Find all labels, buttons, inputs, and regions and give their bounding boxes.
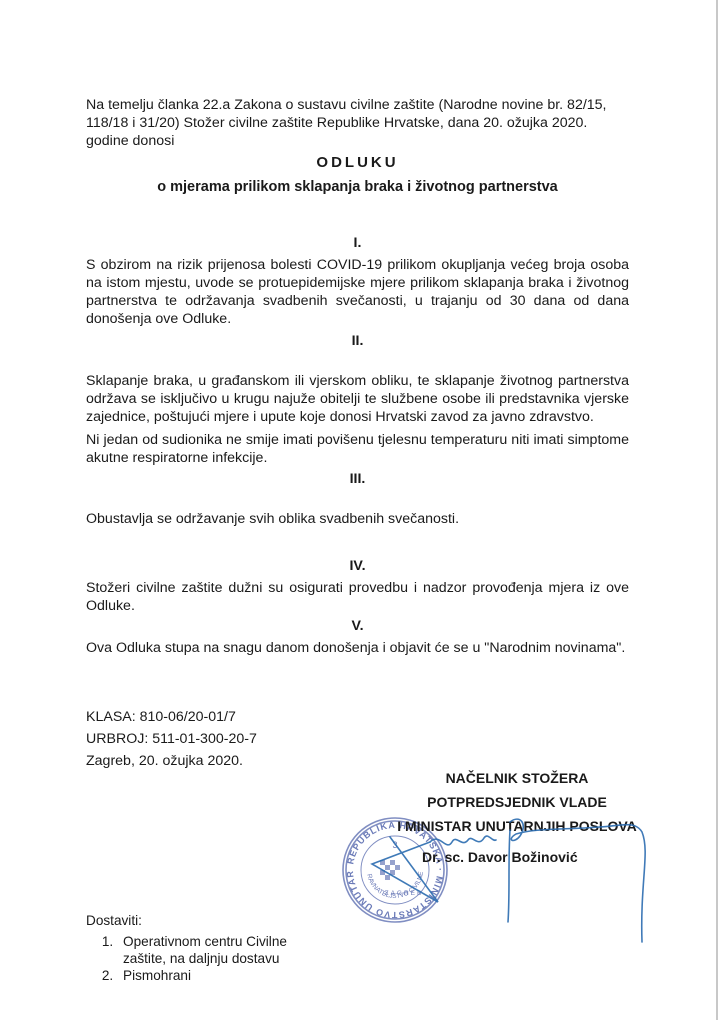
section-paragraph: Ova Odluka stupa na snagu danom donošenj… — [86, 639, 629, 657]
section-number: I. — [86, 234, 629, 252]
signer-title-1: NAČELNIK STOŽERA — [392, 766, 642, 790]
section-paragraph: Stožeri civilne zaštite dužni su osigura… — [86, 579, 629, 615]
section-number: V. — [86, 617, 629, 635]
preamble: Na temelju članka 22.a Zakona o sustavu … — [86, 96, 629, 150]
distribution-item: Pismohrani — [117, 967, 313, 984]
handwritten-signature-icon — [360, 812, 660, 952]
decision-document: Na temelju članka 22.a Zakona o sustavu … — [86, 96, 629, 150]
section-number: III. — [86, 470, 629, 488]
document-title: ODLUKU — [86, 154, 629, 172]
section-1: I. S obzirom na rizik prijenosa bolesti … — [86, 234, 629, 328]
distribution-item: Operativnom centru Civilne zaštite, na d… — [117, 933, 313, 967]
section-4: IV. Stožeri civilne zaštite dužni su osi… — [86, 557, 629, 615]
page-edge-line — [716, 0, 718, 1020]
distribution-list: Dostaviti: Operativnom centru Civilne za… — [86, 912, 313, 984]
place-date: Zagreb, 20. ožujka 2020. — [86, 750, 257, 772]
signer-name: Dr. sc. Davor Božinović — [422, 849, 578, 865]
section-2: II. Sklapanje braka, u građanskom ili vj… — [86, 332, 629, 467]
section-number: IV. — [86, 557, 629, 575]
document-subtitle: o mjerama prilikom sklapanja braka i živ… — [86, 178, 629, 196]
section-paragraph: Ni jedan od sudionika ne smije imati pov… — [86, 431, 629, 467]
section-paragraph: Sklapanje braka, u građanskom ili vjersk… — [86, 372, 629, 426]
document-metadata: KLASA: 810-06/20-01/7 URBROJ: 511-01-300… — [86, 706, 257, 772]
signer-title-2: POTPREDSJEDNIK VLADE — [392, 790, 642, 814]
urbroj: URBROJ: 511-01-300-20-7 — [86, 728, 257, 750]
section-5: V. Ova Odluka stupa na snagu danom donoš… — [86, 617, 629, 657]
section-paragraph: Obustavlja se održavanje svih oblika sva… — [86, 510, 629, 528]
klasa: KLASA: 810-06/20-01/7 — [86, 706, 257, 728]
section-number: II. — [86, 332, 629, 350]
section-paragraph: S obzirom na rizik prijenosa bolesti COV… — [86, 256, 629, 328]
section-3: III. Obustavlja se održavanje svih oblik… — [86, 470, 629, 528]
distribution-label: Dostaviti: — [86, 912, 313, 929]
